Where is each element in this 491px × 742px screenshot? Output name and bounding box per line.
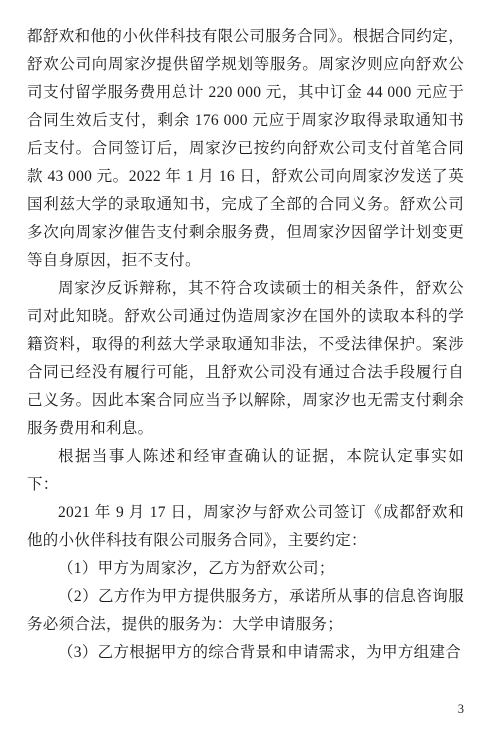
document-body: 都舒欢和他的小伙伴科技有限公司服务合同》。根据合同约定，舒欢公司向周家汐提供留学… [27, 23, 464, 667]
paragraph: 都舒欢和他的小伙伴科技有限公司服务合同》。根据合同约定，舒欢公司向周家汐提供留学… [27, 23, 464, 275]
document-page: 都舒欢和他的小伙伴科技有限公司服务合同》。根据合同约定，舒欢公司向周家汐提供留学… [0, 0, 491, 742]
paragraph: 根据当事人陈述和经审查确认的证据，本院认定事实如下： [27, 443, 464, 499]
paragraph: （3）乙方根据甲方的综合背景和申请需求，为甲方组建合 [27, 639, 464, 667]
paragraph: 周家汐反诉辩称，其不符合攻读硕士的相关条件，舒欢公司对此知晓。舒欢公司通过伪造周… [27, 275, 464, 443]
paragraph: （2）乙方作为甲方提供服务方，承诺所从事的信息咨询服务必须合法，提供的服务为：大… [27, 583, 464, 639]
page-number: 3 [458, 701, 464, 717]
paragraph: （1）甲方为周家汐，乙方为舒欢公司； [27, 555, 464, 583]
paragraph: 2021 年 9 月 17 日，周家汐与舒欢公司签订《成都舒欢和他的小伙伴科技有… [27, 499, 464, 555]
